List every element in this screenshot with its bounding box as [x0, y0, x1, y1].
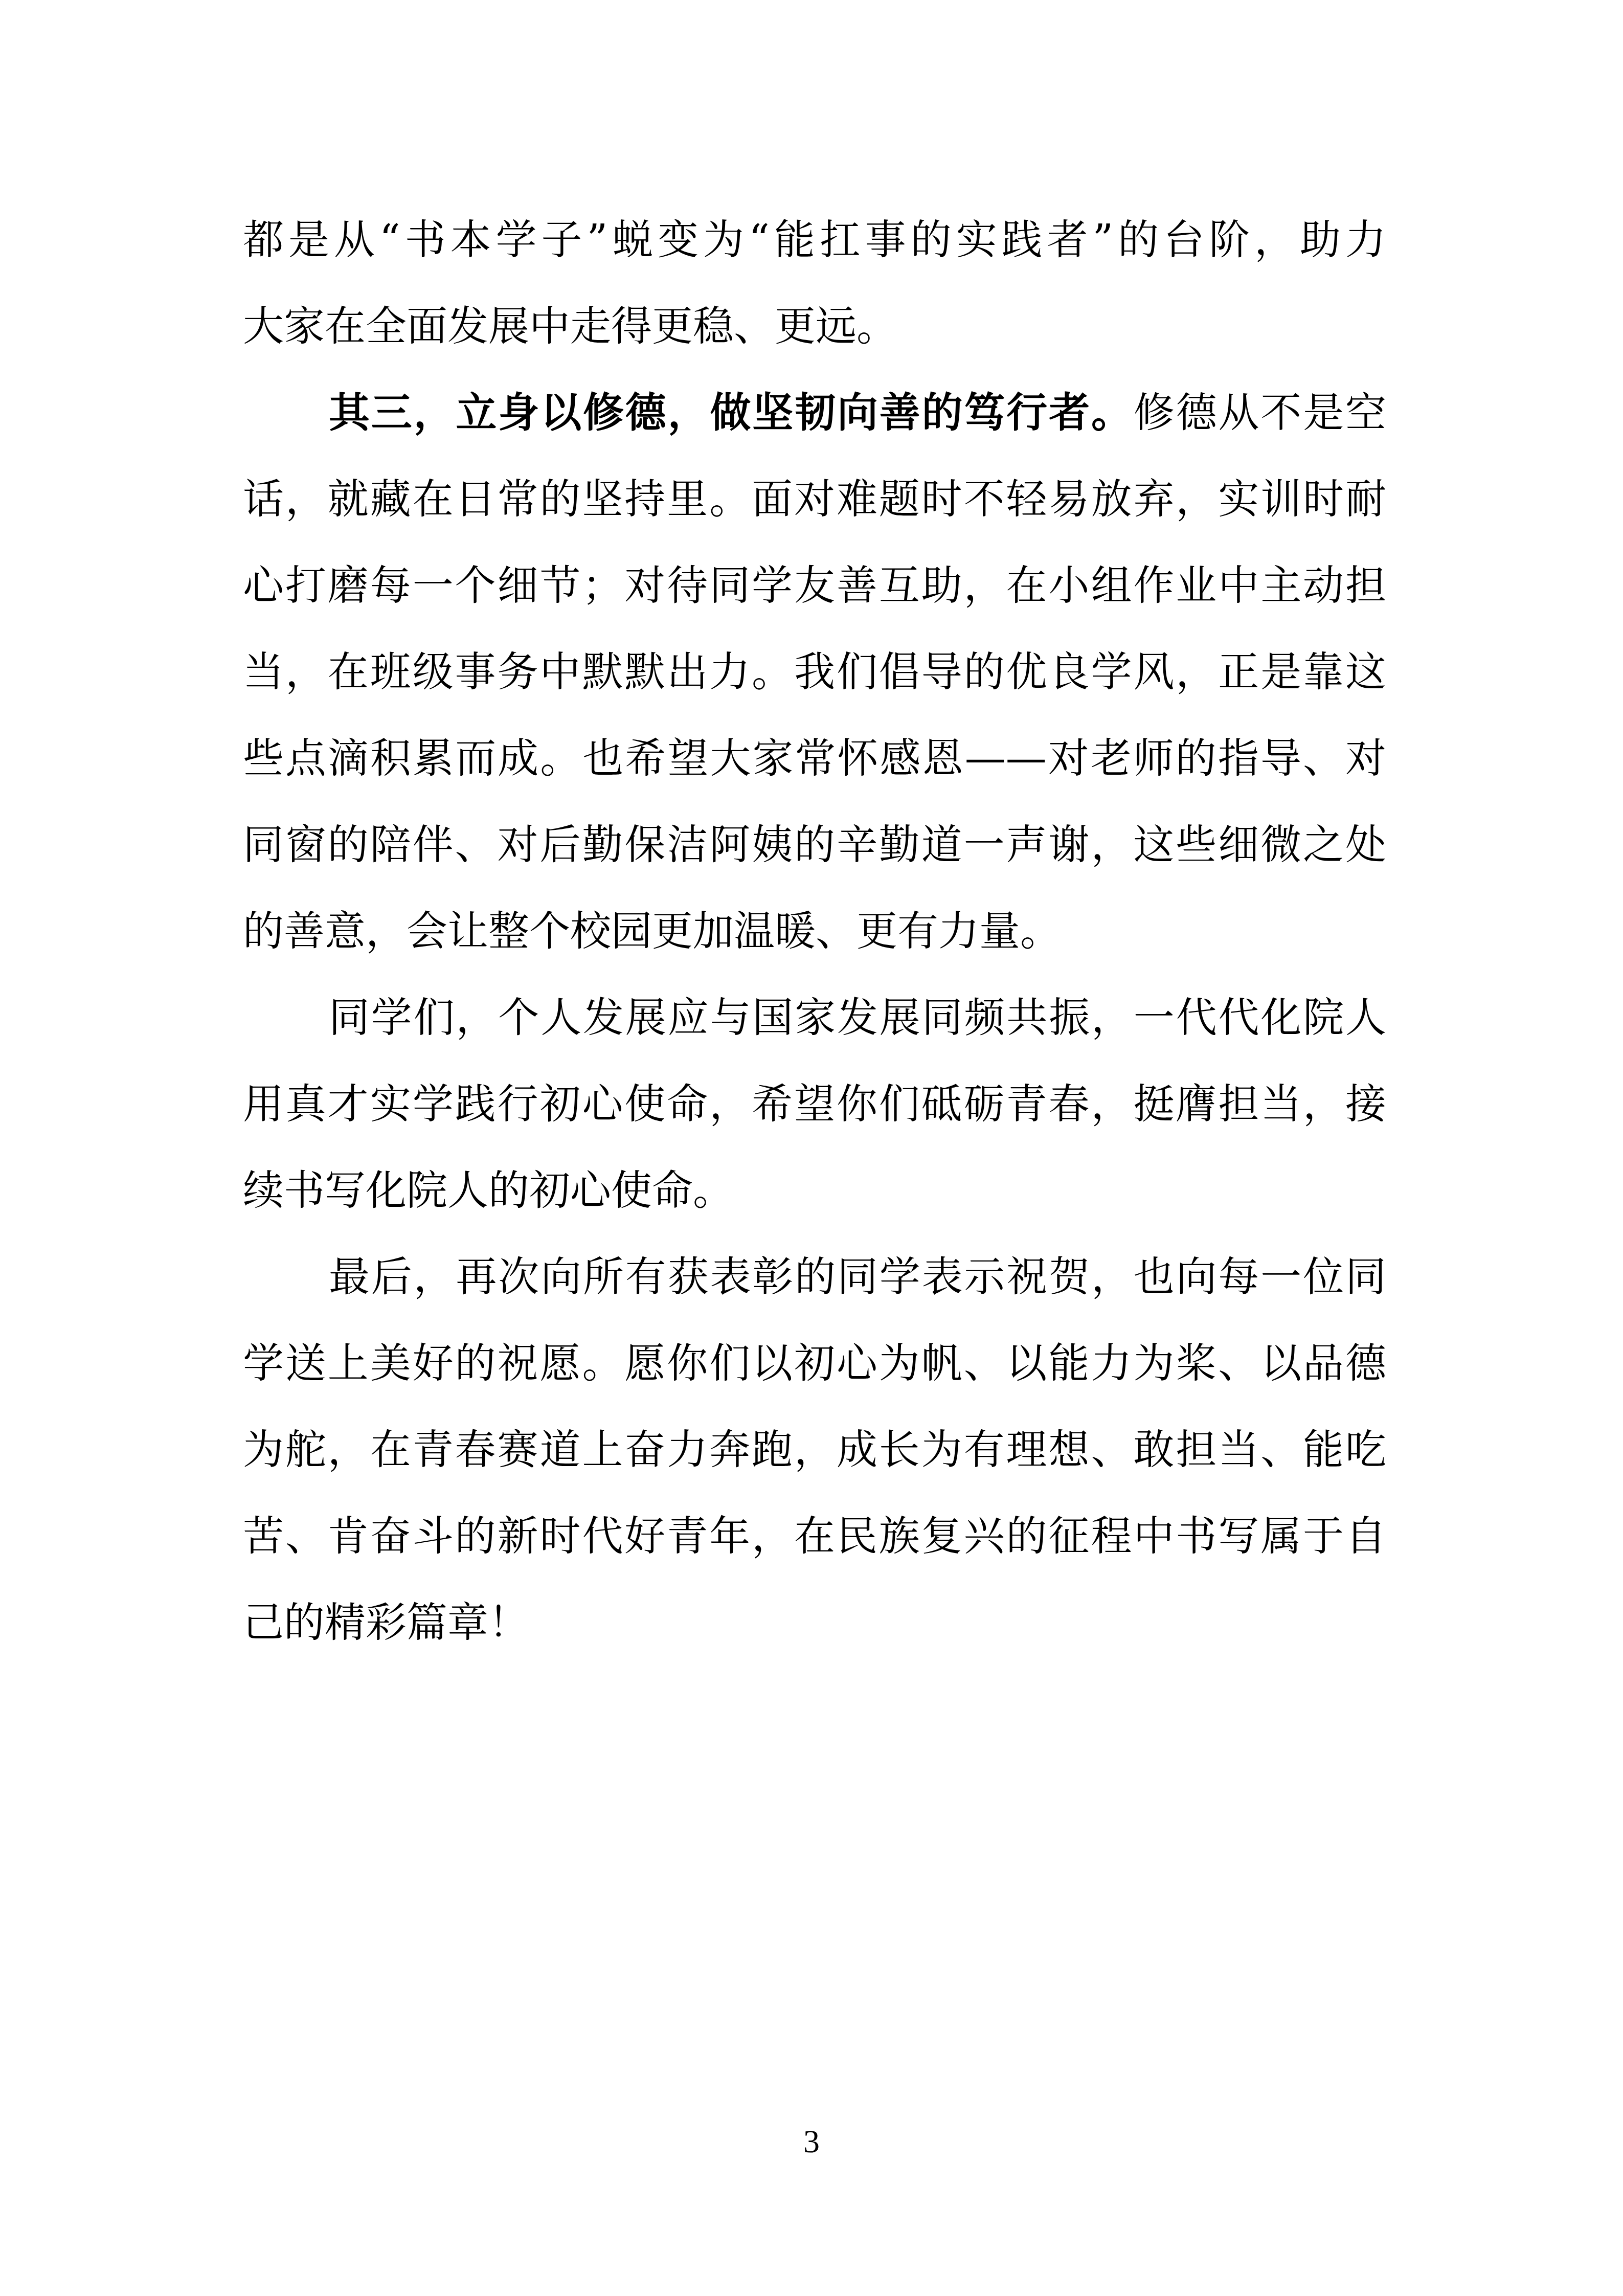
para-continuation: 都是从“书本学子”蜕变为“能扛事的实践者”的台阶，助力大家在全面发展中走得更稳、… [243, 196, 1386, 369]
text-segment: 修德从不是空 [1134, 389, 1386, 436]
text-segment: 学送上美好的祝愿。愿你们以初心为帆、以能力为桨、以品德 [243, 1339, 1386, 1387]
text-segment: 己的精彩篇章！ [243, 1599, 529, 1646]
text-segment: 最后，再次向所有获表彰的同学表示祝贺，也向每一位同 [329, 1253, 1386, 1300]
text-segment: 当，在班级事务中默默出力。我们倡导的优良学风，正是靠这 [243, 648, 1386, 695]
text-segment: 同学们，个人发展应与国家发展同频共振，一代代化院人 [329, 994, 1386, 1041]
text-line: 的善意，会让整个校园更加温暖、更有力量。 [243, 888, 1386, 974]
para-point-three: 其三，立身以修德，做坚韧向善的笃行者。修德从不是空话，就藏在日常的坚持里。面对难… [243, 369, 1386, 974]
text-segment: 用真才实学践行初心使命，希望你们砥砺青春，挺膺担当，接 [243, 1080, 1386, 1128]
text-segment: 些点滴积累而成。也希望大家常怀感恩——对老师的指导、对 [243, 734, 1386, 782]
text-segment: 心打磨每一个细节；对待同学友善互助，在小组作业中主动担 [243, 561, 1386, 609]
text-line: 都是从“书本学子”蜕变为“能扛事的实践者”的台阶，助力 [243, 196, 1386, 283]
text-segment: 话，就藏在日常的坚持里。面对难题时不轻易放弃，实训时耐 [243, 475, 1386, 523]
document-body: 都是从“书本学子”蜕变为“能扛事的实践者”的台阶，助力大家在全面发展中走得更稳、… [243, 196, 1386, 1665]
para-classmates: 同学们，个人发展应与国家发展同频共振，一代代化院人用真才实学践行初心使命，希望你… [243, 974, 1386, 1233]
text-line: 心打磨每一个细节；对待同学友善互助，在小组作业中主动担 [243, 542, 1386, 628]
text-segment: 为舵，在青春赛道上奋力奔跑，成长为有理想、敢担当、能吃 [243, 1426, 1386, 1473]
text-line: 苦、肯奋斗的新时代好青年，在民族复兴的征程中书写属于自 [243, 1493, 1386, 1579]
text-line: 为舵，在青春赛道上奋力奔跑，成长为有理想、敢担当、能吃 [243, 1406, 1386, 1493]
page-number: 3 [0, 2121, 1623, 2162]
text-line: 同窗的陪伴、对后勤保洁阿姨的辛勤道一声谢，这些细微之处 [243, 801, 1386, 888]
text-segment: 大家在全面发展中走得更稳、更远。 [243, 302, 897, 350]
text-line: 最后，再次向所有获表彰的同学表示祝贺，也向每一位同 [243, 1233, 1386, 1320]
document-page: 都是从“书本学子”蜕变为“能扛事的实践者”的台阶，助力大家在全面发展中走得更稳、… [0, 0, 1623, 2296]
text-line: 些点滴积累而成。也希望大家常怀感恩——对老师的指导、对 [243, 715, 1386, 801]
text-line: 学送上美好的祝愿。愿你们以初心为帆、以能力为桨、以品德 [243, 1320, 1386, 1406]
text-line: 续书写化院人的初心使命。 [243, 1147, 1386, 1233]
text-segment: 都是从“书本学子”蜕变为“能扛事的实践者”的台阶，助力 [243, 216, 1386, 263]
text-line: 话，就藏在日常的坚持里。面对难题时不轻易放弃，实训时耐 [243, 456, 1386, 542]
text-line: 己的精彩篇章！ [243, 1579, 1386, 1665]
text-segment: 续书写化院人的初心使命。 [243, 1166, 734, 1214]
text-line: 当，在班级事务中默默出力。我们倡导的优良学风，正是靠这 [243, 628, 1386, 715]
bold-text-segment: 其三，立身以修德，做坚韧向善的笃行者。 [329, 388, 1134, 436]
para-closing: 最后，再次向所有获表彰的同学表示祝贺，也向每一位同学送上美好的祝愿。愿你们以初心… [243, 1233, 1386, 1665]
text-line: 大家在全面发展中走得更稳、更远。 [243, 283, 1386, 369]
text-segment: 同窗的陪伴、对后勤保洁阿姨的辛勤道一声谢，这些细微之处 [243, 821, 1386, 868]
text-segment: 的善意，会让整个校园更加温暖、更有力量。 [243, 907, 1061, 955]
text-line: 其三，立身以修德，做坚韧向善的笃行者。修德从不是空 [243, 369, 1386, 456]
text-line: 用真才实学践行初心使命，希望你们砥砺青春，挺膺担当，接 [243, 1061, 1386, 1147]
text-segment: 苦、肯奋斗的新时代好青年，在民族复兴的征程中书写属于自 [243, 1512, 1386, 1560]
text-line: 同学们，个人发展应与国家发展同频共振，一代代化院人 [243, 974, 1386, 1061]
